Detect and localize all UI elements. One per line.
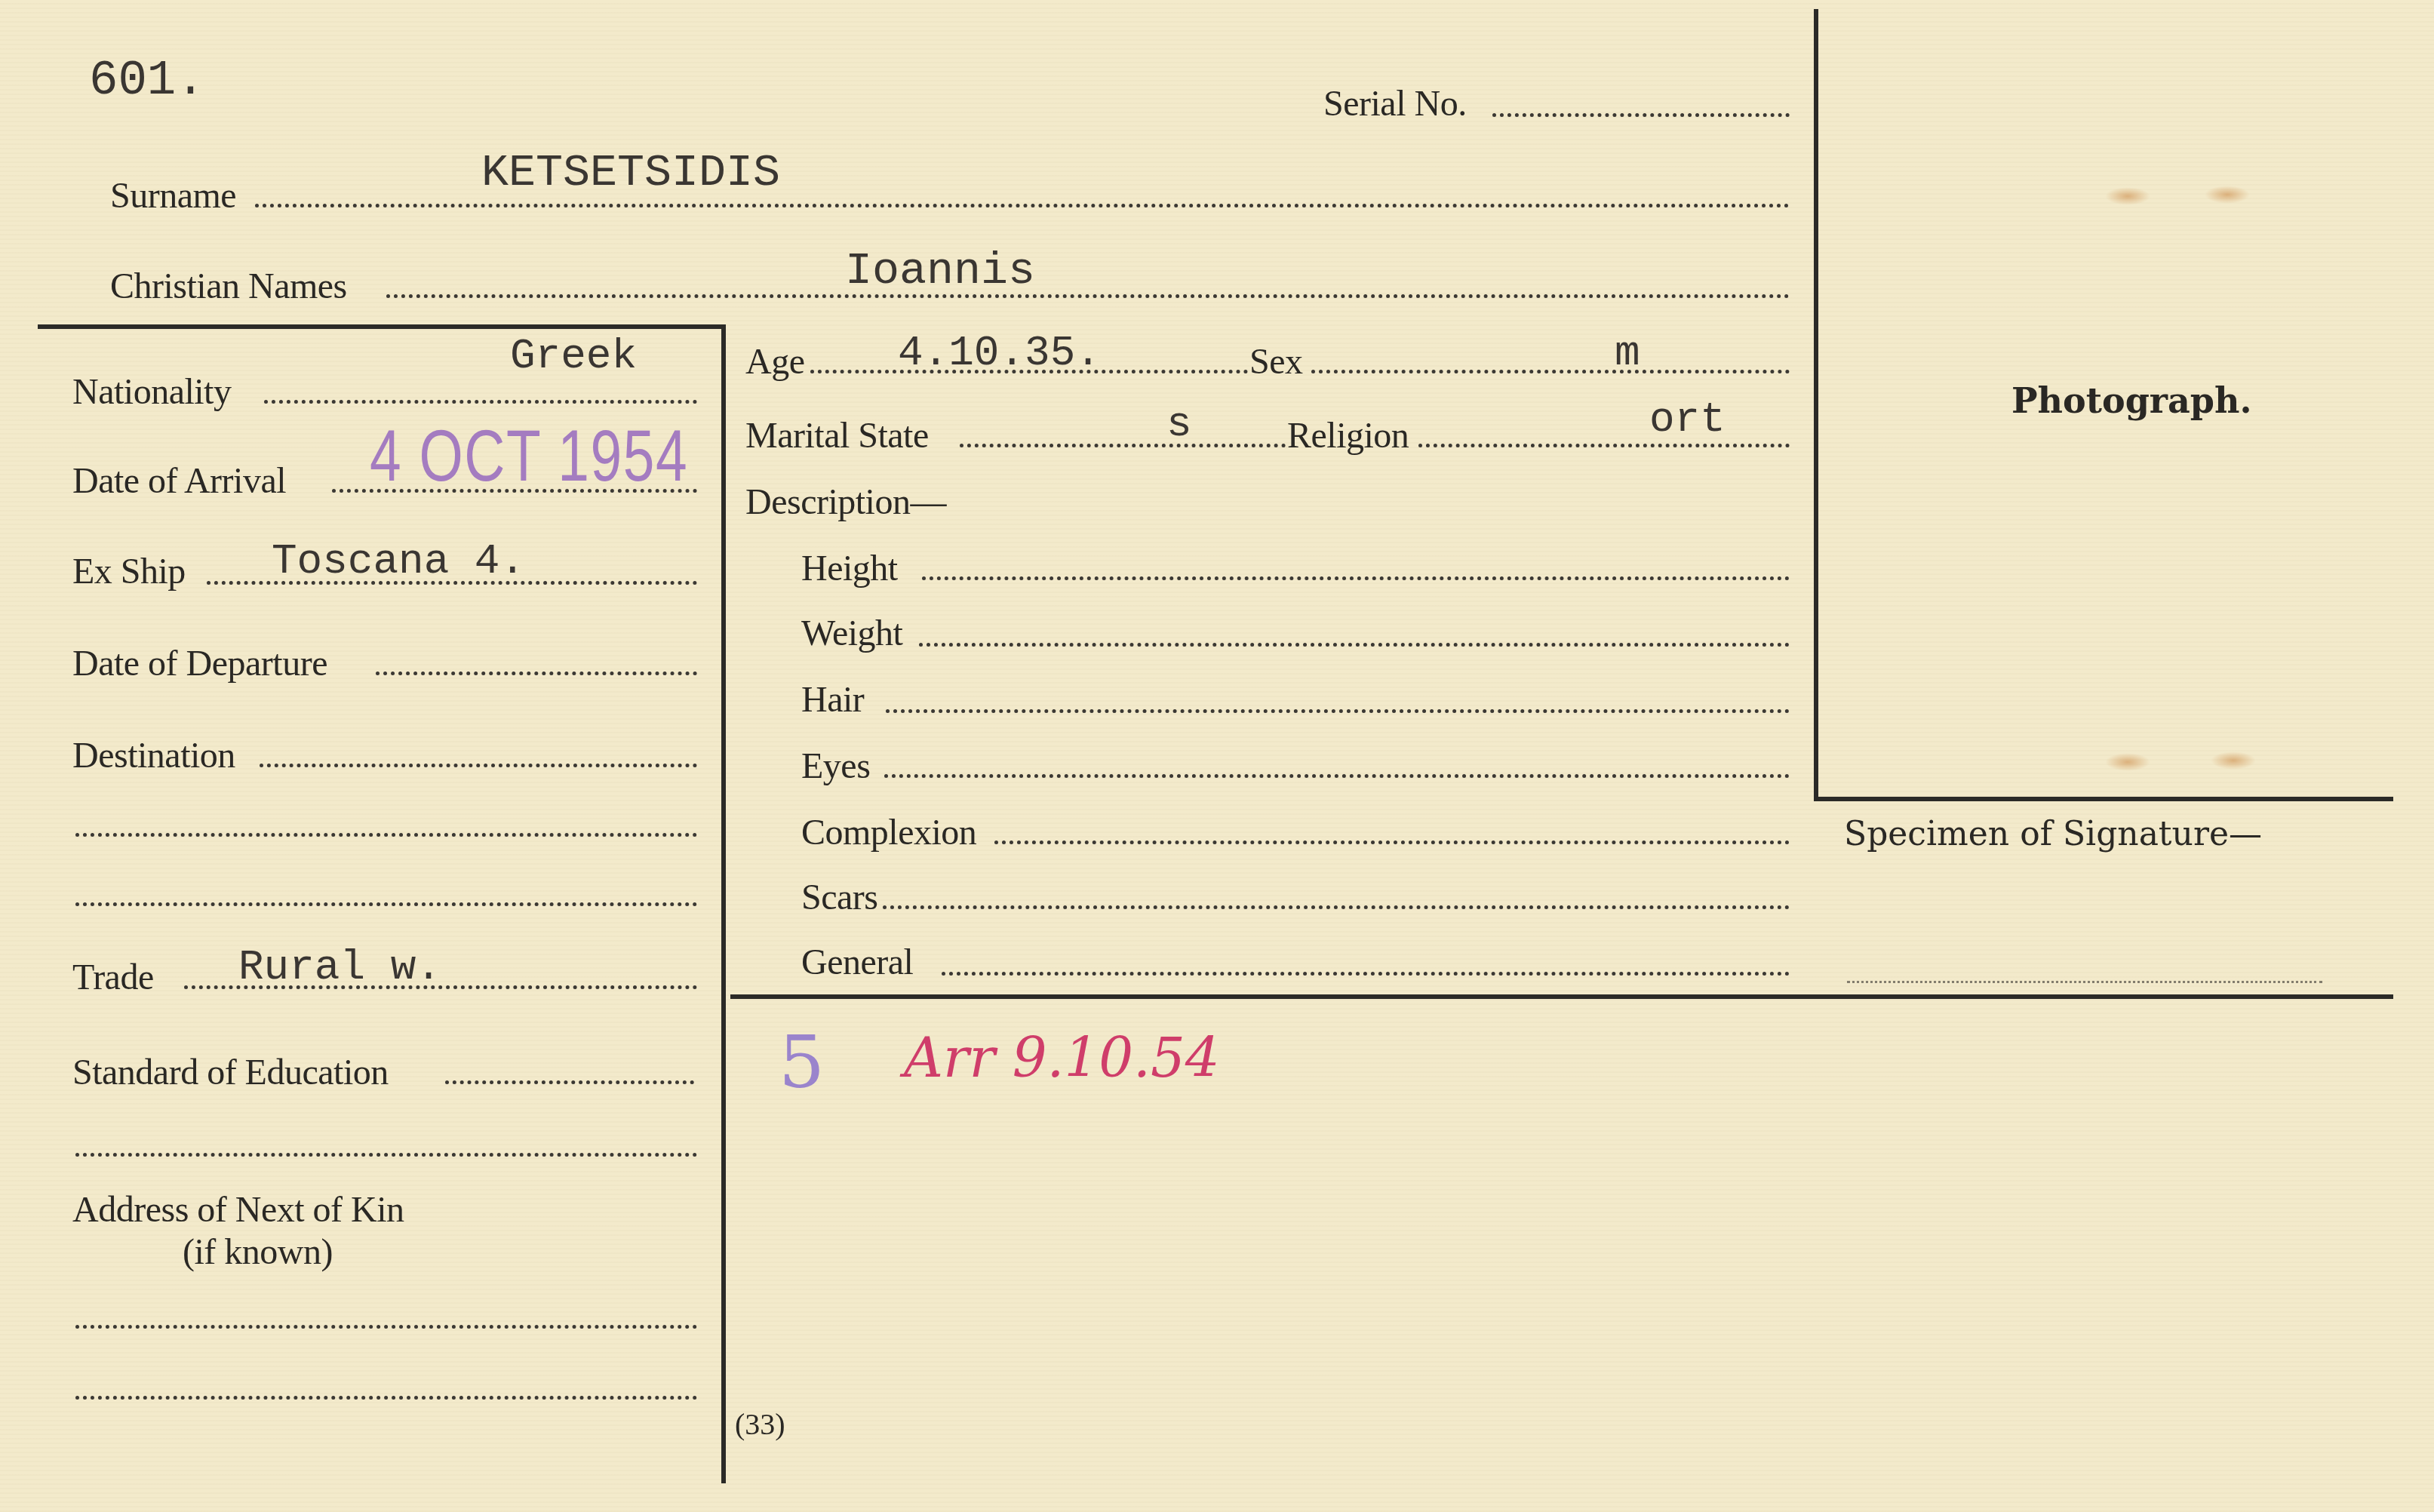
education-field-line-2[interactable]: [75, 1153, 697, 1157]
education-field[interactable]: [445, 1080, 694, 1084]
height-field[interactable]: [922, 576, 1790, 580]
destination-label: Destination: [72, 735, 235, 776]
hair-field[interactable]: [886, 709, 1790, 713]
christian-names-field[interactable]: [386, 294, 1790, 298]
next-of-kin-sublabel: (if known): [183, 1231, 333, 1273]
sex-value: m: [1615, 329, 1640, 377]
serial-no-field[interactable]: [1492, 113, 1790, 117]
destination-field-line-3[interactable]: [75, 902, 697, 906]
description-label: Description—: [745, 481, 946, 523]
signature-label: Specimen of Signature—: [1844, 815, 2262, 853]
marital-state-field[interactable]: [960, 444, 1286, 447]
divider-lower: [730, 994, 2393, 999]
ex-ship-label: Ex Ship: [72, 551, 186, 592]
nationality-value: Greek: [510, 332, 637, 380]
surname-label: Surname: [110, 175, 236, 217]
ex-ship-value: Toscana 4.: [272, 537, 525, 585]
weight-label: Weight: [801, 613, 902, 654]
date-of-arrival-label: Date of Arrival: [72, 460, 286, 502]
divider-vertical-left: [721, 324, 726, 1483]
stain-mark: [2105, 753, 2150, 771]
stain-mark: [2211, 751, 2256, 770]
card-number: 601.: [89, 54, 205, 109]
stain-mark: [2205, 186, 2250, 204]
nationality-field[interactable]: [264, 400, 697, 404]
nationality-label: Nationality: [72, 371, 231, 413]
stain-mark: [2105, 187, 2150, 205]
general-field[interactable]: [942, 972, 1790, 976]
complexion-label: Complexion: [801, 812, 976, 853]
trade-label: Trade: [72, 957, 154, 998]
form-code: (33): [735, 1406, 785, 1442]
eyes-field[interactable]: [884, 774, 1790, 778]
stamp-number: 5: [779, 1020, 825, 1105]
general-label: General: [801, 942, 913, 983]
next-of-kin-field-line-1[interactable]: [75, 1325, 697, 1329]
sex-label: Sex: [1249, 341, 1303, 383]
christian-names-value: Ioannis: [845, 246, 1035, 297]
scars-label: Scars: [801, 877, 877, 918]
surname-field[interactable]: [255, 204, 1790, 207]
arrival-date-stamp: 4 OCT 1954: [370, 415, 688, 498]
date-of-departure-label: Date of Departure: [72, 643, 327, 684]
trade-value: Rural w.: [238, 943, 441, 991]
christian-names-label: Christian Names: [110, 266, 347, 307]
destination-field[interactable]: [260, 764, 697, 767]
next-of-kin-field-line-2[interactable]: [75, 1396, 697, 1400]
religion-value: ort: [1649, 395, 1726, 444]
hair-label: Hair: [801, 679, 864, 721]
age-label: Age: [745, 341, 804, 383]
scars-field[interactable]: [883, 905, 1790, 909]
serial-no-label: Serial No.: [1323, 83, 1467, 124]
complexion-field[interactable]: [994, 841, 1790, 844]
destination-field-line-2[interactable]: [75, 833, 697, 837]
weight-field[interactable]: [919, 643, 1790, 647]
divider-top-left: [38, 324, 726, 329]
marital-state-value: s: [1166, 400, 1192, 448]
photo-box-bottom-border: [1814, 797, 2393, 801]
date-of-departure-field[interactable]: [376, 671, 697, 675]
registration-card: 601. Serial No. Surname KETSETSIDIS Chri…: [0, 0, 2434, 1512]
education-label: Standard of Education: [72, 1052, 389, 1093]
religion-field[interactable]: [1418, 444, 1790, 447]
surname-value: KETSETSIDIS: [481, 148, 780, 199]
eyes-label: Eyes: [801, 745, 870, 787]
handwritten-note: Arr 9.10.54: [904, 1026, 1220, 1089]
next-of-kin-label: Address of Next of Kin: [72, 1189, 404, 1231]
sex-field[interactable]: [1311, 370, 1790, 373]
signature-field[interactable]: [1847, 981, 2322, 983]
photograph-label: Photograph.: [2011, 380, 2251, 421]
age-value: 4.10.35.: [898, 329, 1101, 377]
marital-state-label: Marital State: [745, 415, 929, 456]
height-label: Height: [801, 548, 898, 589]
religion-label: Religion: [1287, 415, 1409, 456]
